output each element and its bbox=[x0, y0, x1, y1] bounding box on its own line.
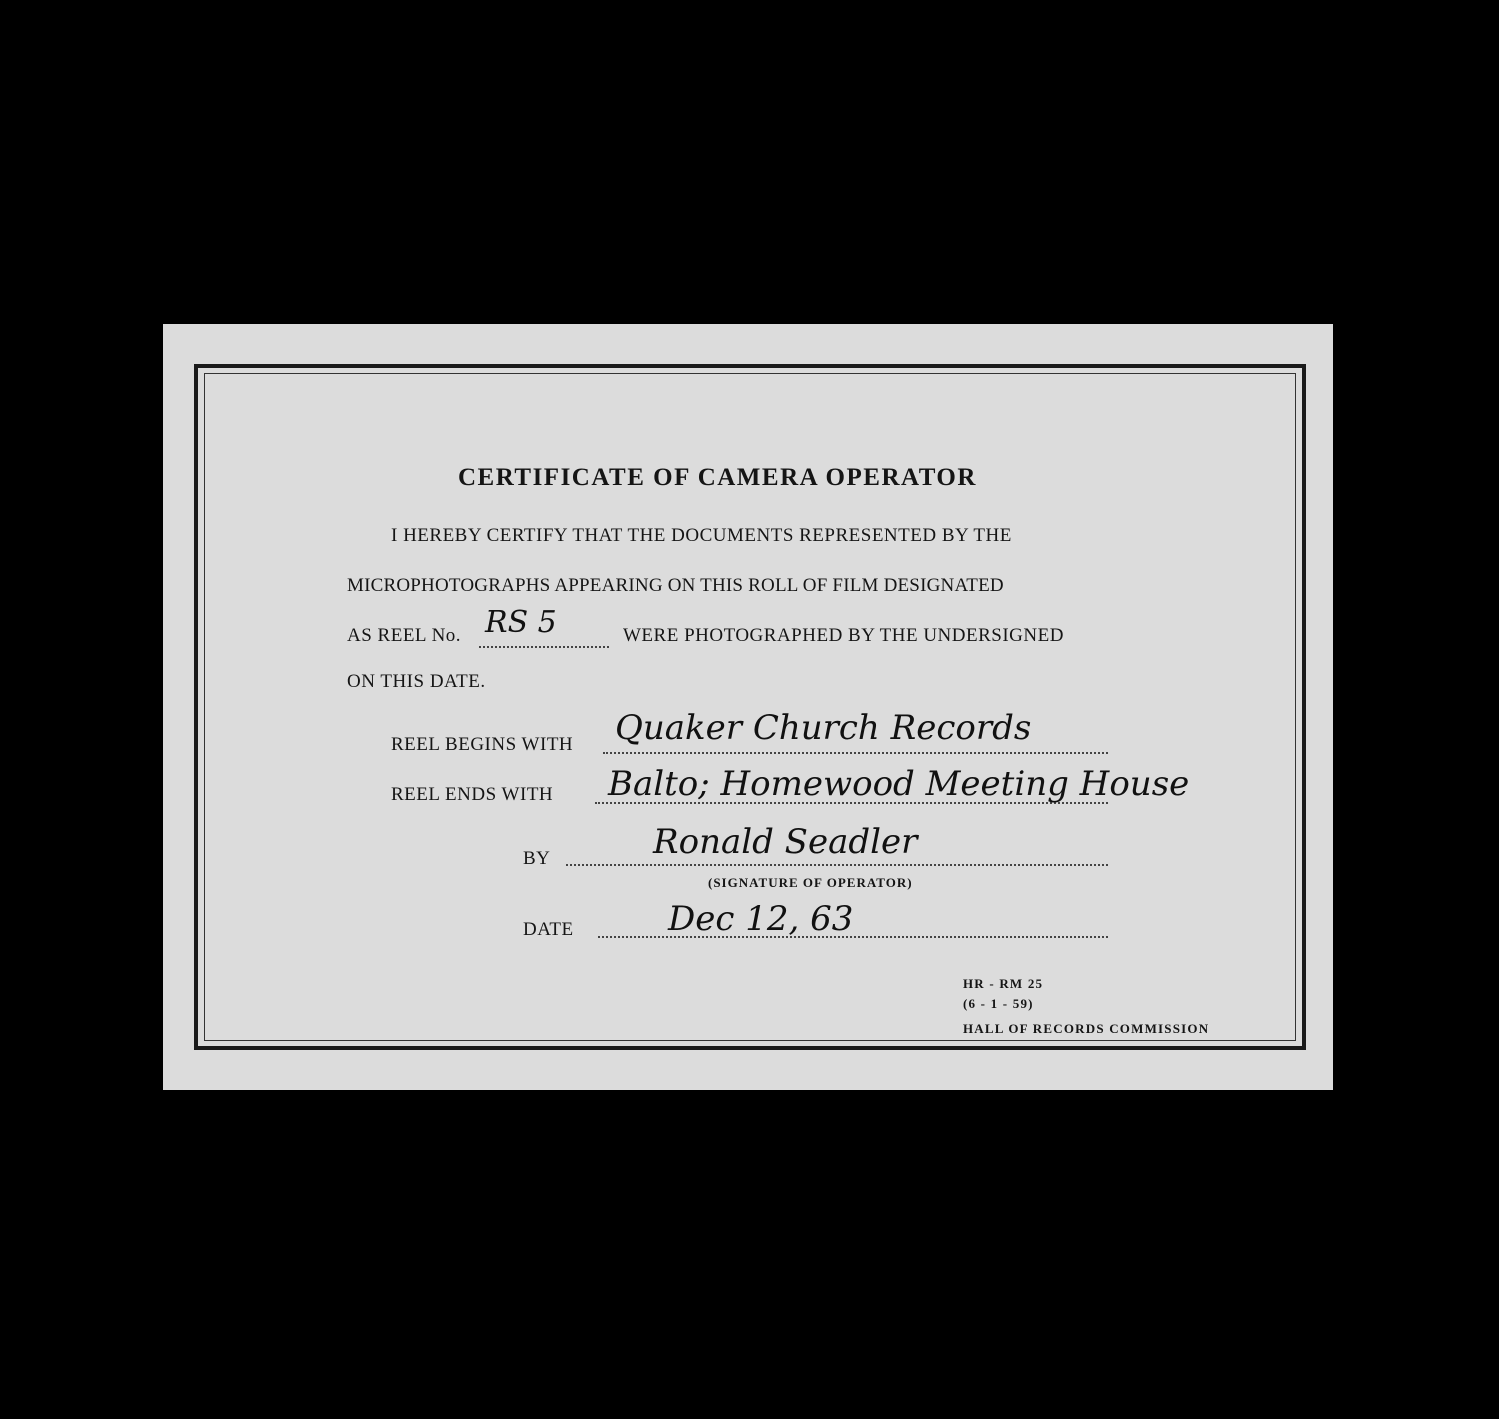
certificate-title: CERTIFICATE OF CAMERA OPERATOR bbox=[458, 464, 977, 492]
form-date: (6 - 1 - 59) bbox=[963, 994, 1034, 1013]
statement-line-1: I HEREBY CERTIFY THAT THE DOCUMENTS REPR… bbox=[391, 525, 1012, 547]
date-label: DATE bbox=[523, 919, 574, 941]
reel-no-label: AS REEL No. bbox=[347, 625, 461, 647]
signature-caption: (SIGNATURE OF OPERATOR) bbox=[708, 875, 913, 891]
reel-no-value: RS 5 bbox=[485, 605, 557, 640]
statement-line-4: ON THIS DATE. bbox=[347, 671, 486, 693]
by-label: BY bbox=[523, 848, 550, 870]
date-value: Dec 12, 63 bbox=[668, 899, 853, 939]
form-code: HR - RM 25 bbox=[963, 974, 1043, 993]
reel-begins-line bbox=[603, 752, 1108, 754]
operator-signature: Ronald Seadler bbox=[653, 822, 917, 862]
signature-line bbox=[566, 864, 1108, 866]
reel-begins-value: Quaker Church Records bbox=[615, 708, 1031, 748]
reel-begins-label: REEL BEGINS WITH bbox=[391, 734, 573, 756]
reel-ends-label: REEL ENDS WITH bbox=[391, 784, 553, 806]
reel-no-line bbox=[479, 646, 609, 648]
reel-ends-value: Balto; Homewood Meeting House bbox=[608, 764, 1189, 804]
statement-line-2: MICROPHOTOGRAPHS APPEARING ON THIS ROLL … bbox=[347, 575, 1004, 597]
certificate-card: CERTIFICATE OF CAMERA OPERATOR I HEREBY … bbox=[163, 324, 1333, 1090]
issuer: HALL OF RECORDS COMMISSION bbox=[963, 1019, 1209, 1038]
statement-line-3: WERE PHOTOGRAPHED BY THE UNDERSIGNED bbox=[623, 625, 1064, 647]
